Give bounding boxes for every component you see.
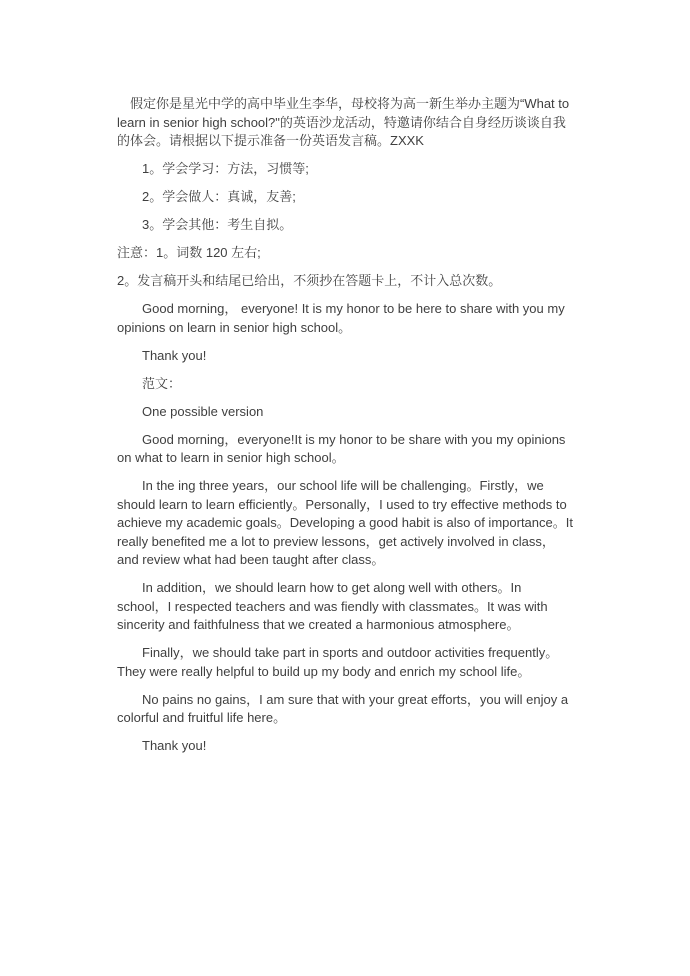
hint-item-1: 1。学会学习：方法，习惯等;	[117, 160, 575, 179]
hint-item-3: 3。学会其他：考生自拟。	[117, 216, 575, 235]
note-line-1: 注意：1。词数 120 左右;	[117, 244, 575, 263]
hint-item-2: 2。学会做人：真诚，友善;	[117, 188, 575, 207]
essay-closing-line: Thank you!	[117, 737, 575, 756]
essay-paragraph-conclusion: No pains no gains，I am sure that with yo…	[117, 691, 575, 728]
intro-prompt-paragraph: 假定你是星光中学的高中毕业生李华，母校将为高一新生举办主题为“What to l…	[117, 95, 575, 151]
essay-paragraph-relationships: In addition，we should learn how to get a…	[117, 579, 575, 635]
model-essay-label: 范文：	[117, 375, 575, 394]
version-heading: One possible version	[117, 403, 575, 422]
document-page: 假定你是星光中学的高中毕业生李华，母校将为高一新生举办主题为“What to l…	[0, 0, 690, 976]
essay-paragraph-sports: Finally，we should take part in sports an…	[117, 644, 575, 681]
essay-opening-paragraph: Good morning，everyone!It is my honor to …	[117, 431, 575, 468]
essay-paragraph-study: In the ing three years，our school life w…	[117, 477, 575, 570]
note-line-2: 2。发言稿开头和结尾已给出，不须抄在答题卡上，不计入总次数。	[117, 272, 575, 291]
given-opening-paragraph: Good morning， everyone! It is my honor t…	[117, 300, 575, 337]
given-closing-line: Thank you!	[117, 347, 575, 366]
